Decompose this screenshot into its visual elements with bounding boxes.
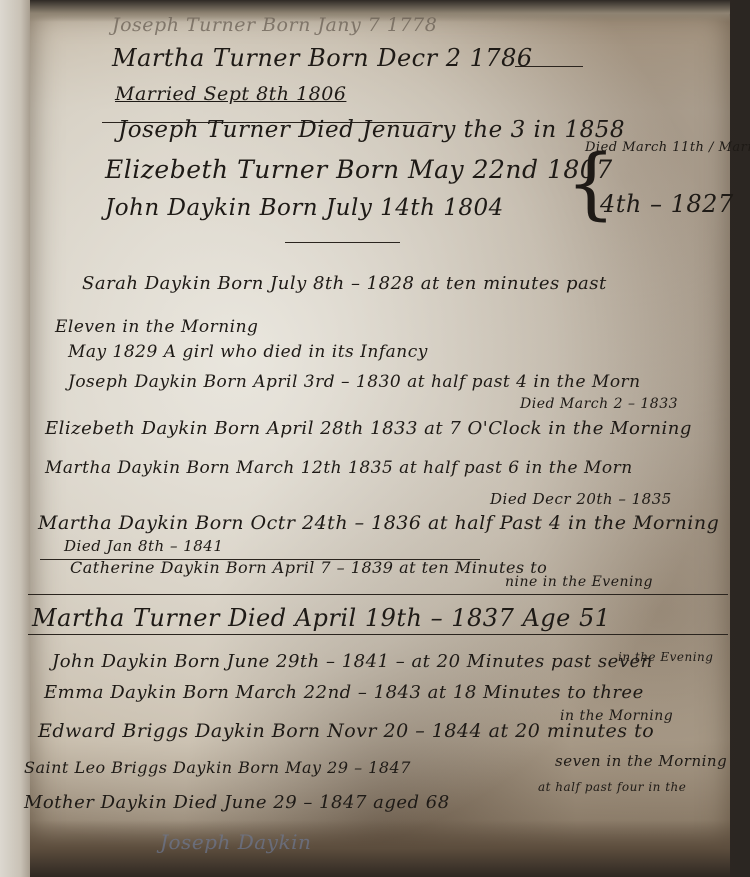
entry-married: Married Sept 8th 1806: [115, 83, 346, 105]
entry-infant-girl: May 1829 A girl who died in its Infancy: [68, 342, 428, 362]
entry-martha-turner-born: Martha Turner Born Decr 2 1786: [112, 44, 533, 72]
entry-catherine-daykin-born: Catherine Daykin Born April 7 – 1839 at …: [70, 558, 547, 577]
entry-martha-daykin-born-1835: Martha Daykin Born March 12th 1835 at ha…: [45, 458, 633, 478]
entry-martha-turner-died: Martha Turner Died April 19th – 1837 Age…: [32, 604, 611, 632]
entry-married-date: 4th – 1827: [600, 190, 734, 218]
entry-joseph-daykin-died: Died March 2 – 1833: [520, 396, 678, 412]
entry-john-daykin-born-1841: John Daykin Born June 29th – 1841 – at 2…: [52, 651, 653, 672]
entry-died-married-note: Died March 11th / Married Mar: [585, 140, 750, 155]
entry-edward-briggs-daykin-born: Edward Briggs Daykin Born Novr 20 – 1844…: [38, 720, 654, 742]
divider-line: [28, 594, 728, 595]
entry-joseph-daykin-born: Joseph Daykin Born April 3rd – 1830 at h…: [68, 372, 641, 392]
entry-martha-daykin-died-1835: Died Decr 20th – 1835: [490, 490, 672, 508]
entry-edward-time: seven in the Morning: [555, 752, 727, 770]
entry-catherine-time: nine in the Evening: [505, 574, 653, 590]
entry-saint-leo-briggs-daykin-born: Saint Leo Briggs Daykin Born May 29 – 18…: [24, 758, 411, 777]
entry-sarah-time: Eleven in the Morning: [55, 317, 258, 337]
entry-john-daykin-born: John Daykin Born July 14th 1804: [105, 195, 504, 221]
entry-martha-daykin-died-1841: Died Jan 8th – 1841: [64, 537, 223, 555]
entry-emma-daykin-born: Emma Daykin Born March 22nd – 1843 at 18…: [44, 682, 644, 703]
entry-joseph-turner-born: Joseph Turner Born Jany 7 1778: [112, 14, 437, 36]
entry-john-daykin-time: in the Evening: [618, 650, 713, 664]
entry-martha-daykin-born-1836: Martha Daykin Born Octr 24th – 1836 at h…: [38, 512, 719, 534]
underline: [515, 66, 583, 67]
entry-joseph-turner-died: Joseph Turner Died Jenuary the 3 in 1858: [118, 117, 625, 143]
entry-sarah-daykin-born: Sarah Daykin Born July 8th – 1828 at ten…: [82, 273, 607, 294]
divider-line: [28, 634, 728, 635]
stained-bottom-edge: [30, 820, 730, 877]
entry-saint-leo-time: at half past four in the: [538, 780, 686, 794]
entry-elizebeth-turner-born: Elizebeth Turner Born May 22nd 1807: [105, 155, 613, 184]
entry-elizebeth-daykin-born: Elizebeth Daykin Born April 28th 1833 at…: [45, 418, 692, 439]
divider-line: [285, 242, 400, 243]
pencil-signature: Joseph Daykin: [160, 830, 311, 854]
entry-mother-daykin-died: Mother Daykin Died June 29 – 1847 aged 6…: [24, 792, 450, 813]
